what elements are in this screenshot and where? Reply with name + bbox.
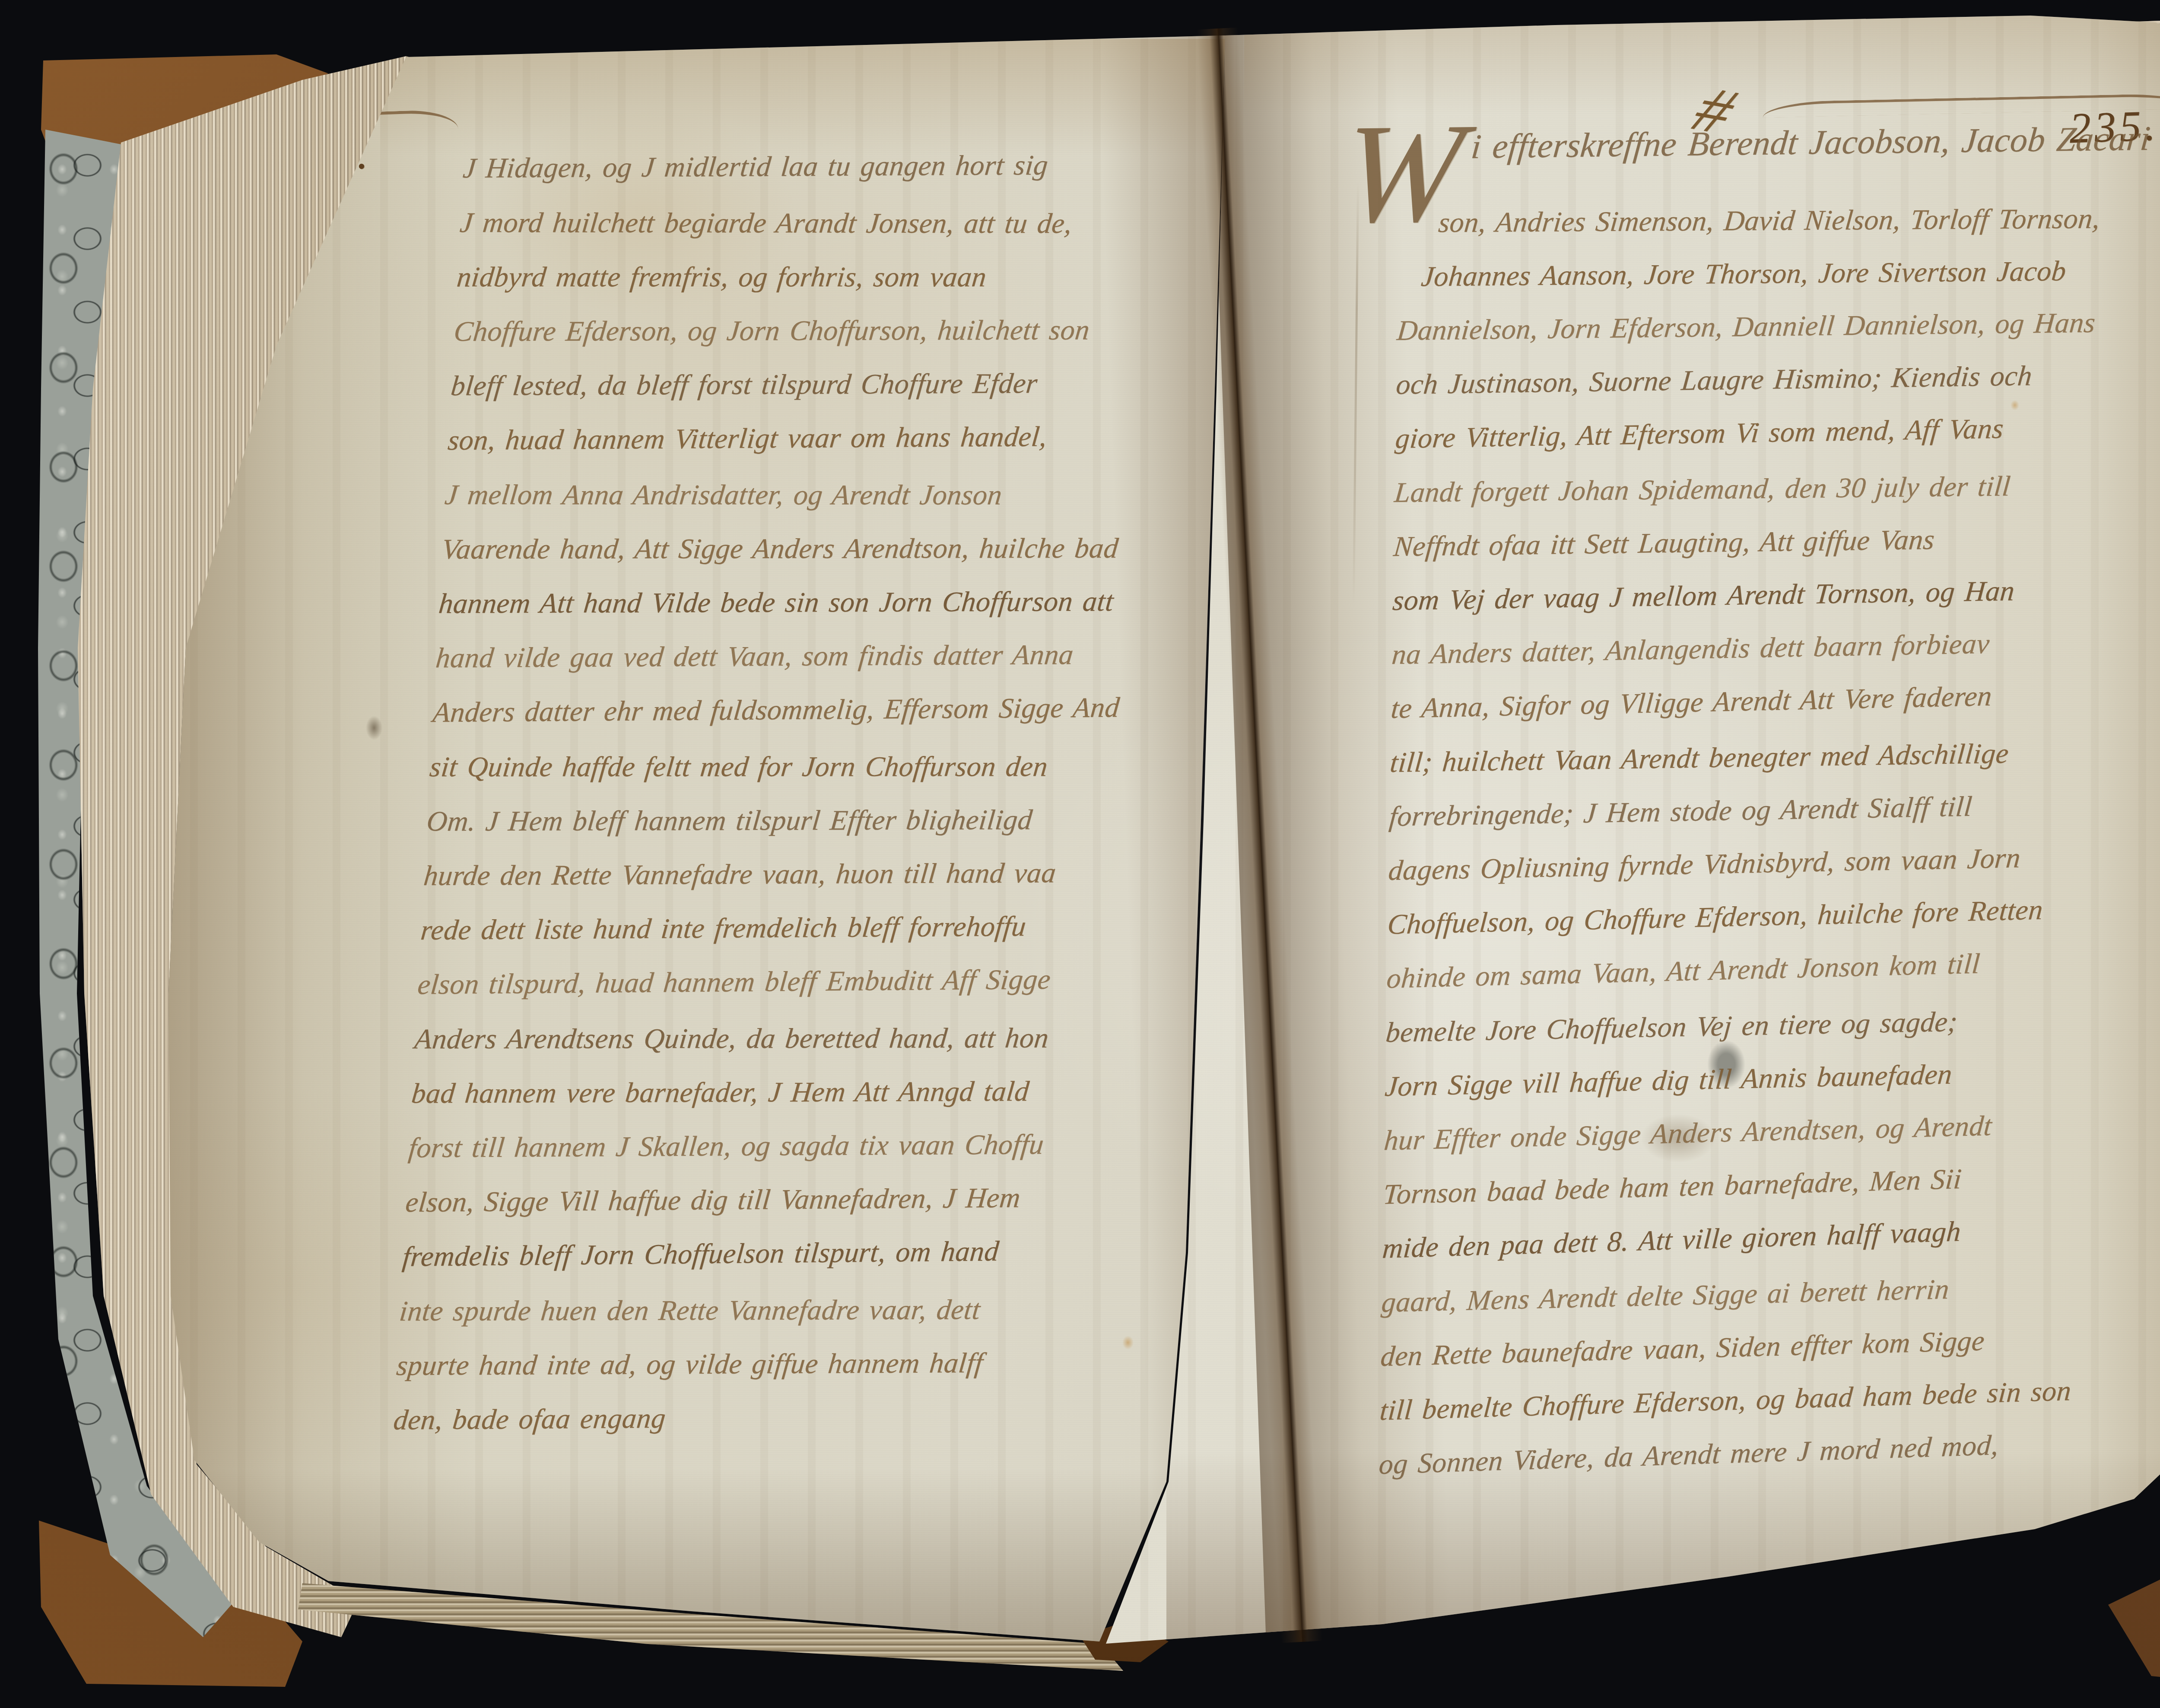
manuscript-line: den, bade ofaa engang [392,1402,667,1437]
manuscript-line: bemelte Jore Choffuelson Vej en tiere og… [1385,1006,1959,1050]
manuscript-line: J Hidagen, og J midlertid laa tu gangen … [461,149,1049,185]
manuscript-line: fremdelis bleff Jorn Choffuelson tilspur… [401,1235,1001,1273]
manuscript-line: J mord huilchett begiarde Arandt Jonsen,… [458,206,1074,240]
manuscript-line: som Vej der vaag J mellom Arendt Tornson… [1391,575,2016,617]
manuscript-line: hurde den Rette Vannefadre vaan, huon ti… [422,857,1058,892]
manuscript-line: Choffure Efderson, og Jorn Choffurson, h… [452,314,1091,348]
manuscript-line: na Anders datter, Anlangendis dett baarn… [1391,628,1991,671]
manuscript-line: og Sonnen Videre, da Arendt mere J mord … [1378,1429,2000,1481]
manuscript-line: Landt forgett Johan Spidemand, den 30 ju… [1393,470,2012,509]
manuscript-line: Anders datter ehr med fuldsommelig, Effe… [431,691,1121,729]
manuscript-line: forrebringende; J Hem stode og Arendt Si… [1388,790,1974,833]
manuscript-line: inte spurde huen den Rette Vannefadre va… [398,1293,982,1328]
manuscript-line: till; huilchett Vaan Arendt benegter med… [1389,737,2011,779]
manuscript-line: Om. J Hem bleff hannem tilspurl Effter b… [425,803,1034,838]
manuscript-line: Johannes Aanson, Jore Thorson, Jore Sive… [1420,255,2068,293]
manuscript-line: elson, Sigge Vill haffue dig till Vannef… [404,1181,1022,1219]
manuscript-line: spurte hand inte ad, og vilde giffue han… [395,1347,985,1382]
manuscript-line: hur Effter onde Sigge Anders Arendtsen, … [1383,1110,1993,1158]
manuscript-line: J mellom Anna Andrisdatter, og Arendt Jo… [443,479,1004,512]
manuscript-line: ohinde om sama Vaan, Att Arendt Jonson k… [1385,947,1981,995]
manuscript-line: son, Andries Simenson, David Nielson, To… [1437,203,2102,239]
manuscript-line: Vaarende hand, Att Sigge Anders Arendtso… [440,532,1120,566]
manuscript-line: hannem Att hand Vilde bede sin son Jorn … [437,585,1115,620]
manuscript-line: Neffndt ofaa itt Sett Laugting, Att giff… [1392,524,1936,563]
manuscript-line: till bemelte Choffure Efderson, og baad … [1379,1375,2072,1427]
manuscript-photo: 234. J Hidagen, og J midlertid laa tu ga… [0,0,2160,1708]
manuscript-line: gaard, Mens Arendt delte Sigge ai berett… [1380,1273,1950,1319]
manuscript-line: rede dett liste hund inte fremdelich ble… [419,910,1028,947]
manuscript-line: nidbyrd matte fremfris, og forhris, som … [455,260,988,294]
manuscript-line: bad hannem vere barnefader, J Hem Att An… [410,1075,1031,1110]
manuscript-line: Choffuelson, og Choffure Efderson, huilc… [1386,893,2044,941]
manuscript-line: sit Quinde haffde feltt med for Jorn Cho… [428,750,1049,784]
manuscript-line: hand vilde gaa ved dett Vaan, som findis… [434,638,1075,675]
manuscript-line: dagens Opliusning fyrnde Vidnisbyrd, som… [1387,842,2022,888]
manuscript-line: Jorn Sigge vill haffue dig till Annis ba… [1384,1058,1954,1103]
manuscript-line: giore Vitterlig, Att Eftersom Vi som men… [1394,413,2005,455]
manuscript-line: te Anna, Sigfor og Vlligge Arendt Att Ve… [1390,680,1993,725]
manuscript-line: forst till hannem J Skallen, og sagda ti… [407,1128,1045,1165]
manuscript-line: son, huad hannem Vitterligt vaar om hans… [446,420,1048,457]
manuscript-line: Anders Arendtsens Quinde, da beretted ha… [413,1022,1050,1056]
manuscript-line: den Rette baunefadre vaan, Siden effter … [1379,1324,1986,1373]
manuscript-line: Tornson baad bede ham ten barnefadre, Me… [1382,1163,1963,1211]
manuscript-line: Dannielson, Jorn Efderson, Danniell Dann… [1395,307,2096,347]
manuscript-line: och Justinason, Suorne Laugre Hismino; K… [1395,359,2034,401]
manuscript-line: bleff lested, da bleff forst tilspurd Ch… [449,367,1039,403]
manuscript-line: elson tilspurd, huad hannem bleff Embudi… [416,963,1052,1001]
manuscript-line: mide den paa dett 8. Att ville gioren ha… [1381,1215,1962,1265]
